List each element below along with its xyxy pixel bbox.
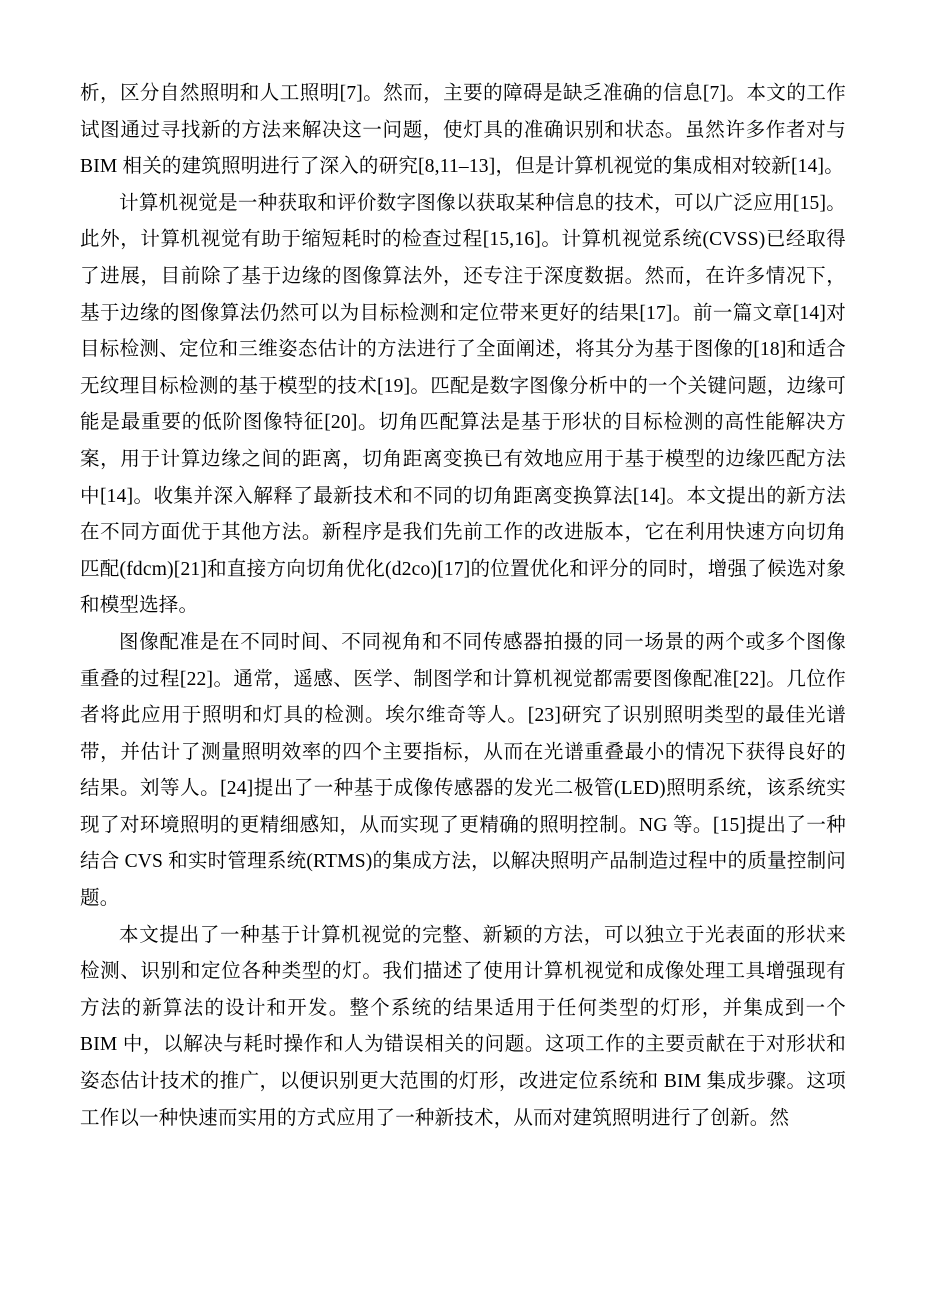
paragraph: 本文提出了一种基于计算机视觉的完整、新颖的方法，可以独立于光表面的形状来检测、识… <box>80 918 846 1138</box>
paragraph: 计算机视觉是一种获取和评价数字图像以获取某种信息的技术，可以广泛应用[15]。此… <box>80 186 846 625</box>
paragraph-continuation: 析，区分自然照明和人工照明[7]。然而，主要的障碍是缺乏准确的信息[7]。本文的… <box>80 76 846 186</box>
body-text: 析，区分自然照明和人工照明[7]。然而，主要的障碍是缺乏准确的信息[7]。本文的… <box>80 76 846 1137</box>
document-page: 析，区分自然照明和人工照明[7]。然而，主要的障碍是缺乏准确的信息[7]。本文的… <box>0 0 925 1309</box>
paragraph: 图像配准是在不同时间、不同视角和不同传感器拍摄的同一场景的两个或多个图像重叠的过… <box>80 625 846 918</box>
